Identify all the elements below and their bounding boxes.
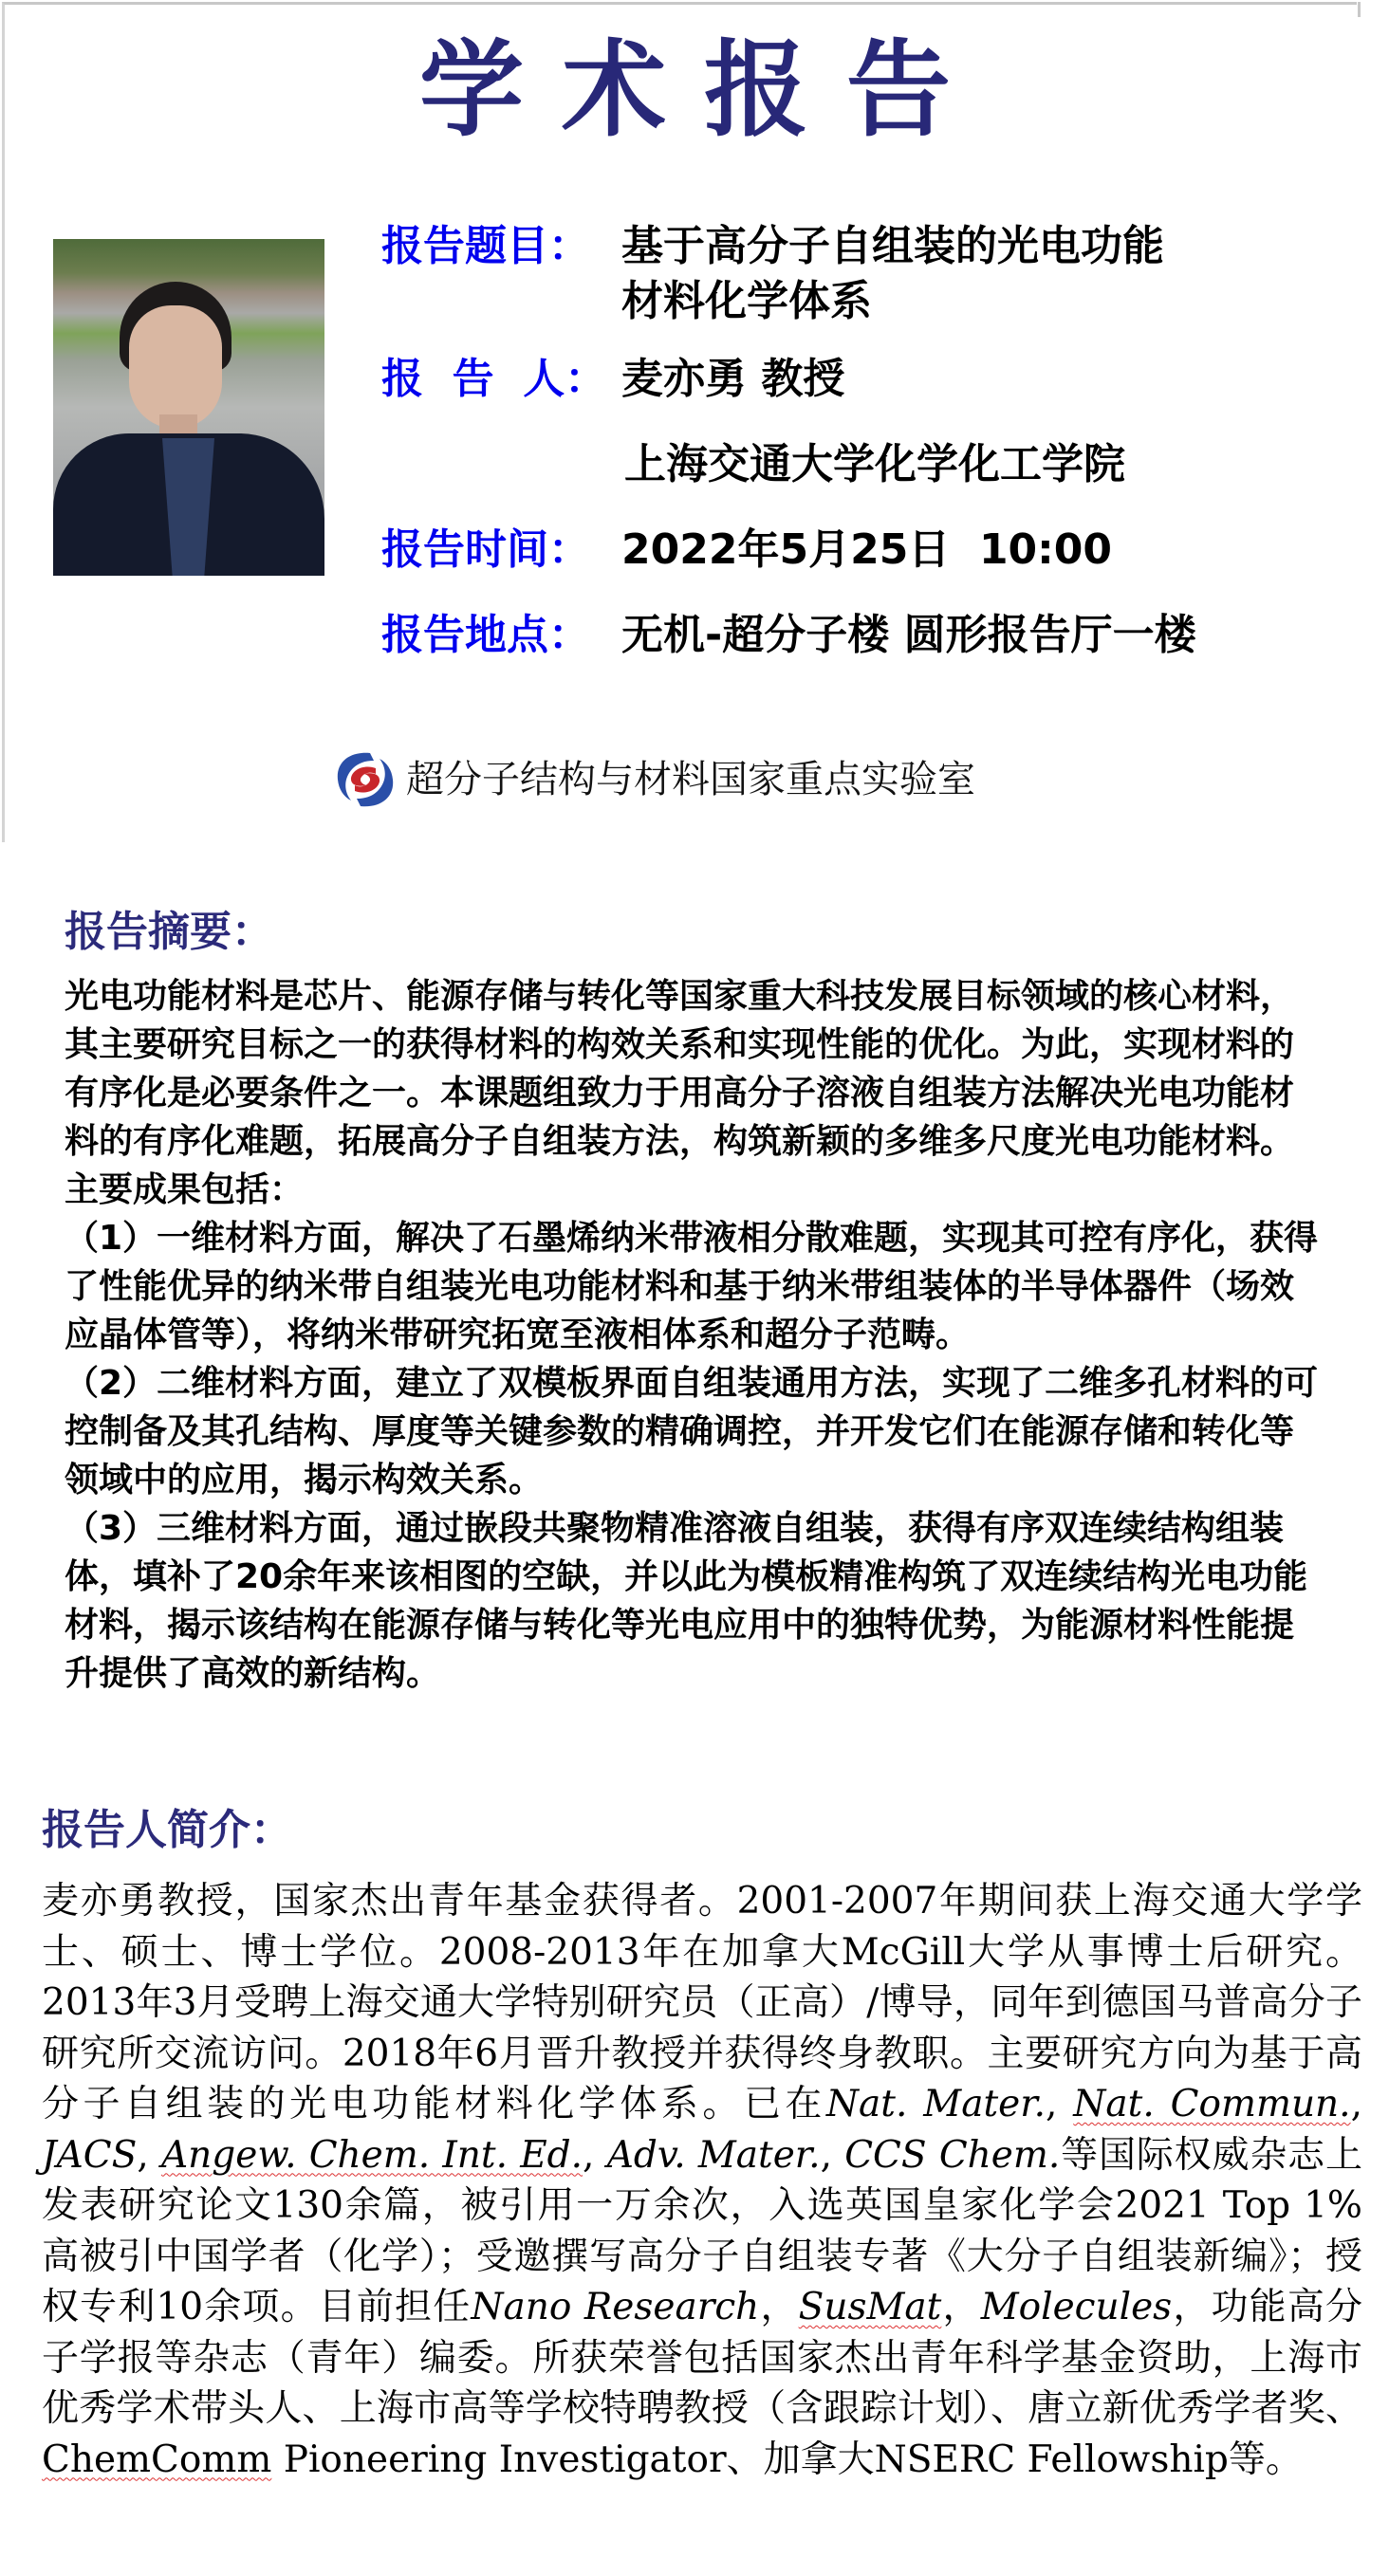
abstract-paragraph: （3）三维材料方面，通过嵌段共聚物精准溶液自组装，获得有序双连续结构组装体，填补… <box>65 1504 1326 1698</box>
speaker-affiliation: 上海交通大学化学化工学院 <box>624 438 1125 491</box>
abstract-body: 光电功能材料是芯片、能源存储与转化等国家重大科技发展目标领域的核心材料，其主要研… <box>65 972 1326 1698</box>
speaker-label: 报 告 人： <box>381 353 606 406</box>
separator: ， <box>941 2286 980 2328</box>
photo-face <box>129 305 222 429</box>
separator: ， <box>759 2286 798 2328</box>
separator: , <box>821 2134 845 2177</box>
journal-name: Angew. Chem. Int. Ed. <box>161 2134 583 2177</box>
abstract-paragraph: 光电功能材料是芯片、能源存储与转化等国家重大科技发展目标领域的核心材料，其主要研… <box>65 972 1326 1214</box>
award-name: ChemComm <box>42 2438 271 2481</box>
abstract-paragraph: （1）一维材料方面，解决了石墨烯纳米带液相分散难题，实现其可控有序化，获得了性能… <box>65 1214 1326 1359</box>
topic-line-2: 材料化学体系 <box>621 275 872 328</box>
abstract-heading: 报告摘要： <box>65 904 273 961</box>
lab-banner: 超分子结构与材料国家重点实验室 <box>332 749 975 810</box>
journal-name: CCS Chem. <box>844 2134 1060 2177</box>
journal-name: Nano Research <box>471 2286 759 2328</box>
venue-value: 无机-超分子楼 圆形报告厅一楼 <box>621 609 1196 662</box>
bio-heading: 报告人简介： <box>42 1802 292 1859</box>
journal-name: Adv. Mater. <box>607 2134 821 2177</box>
topic-label: 报告题目： <box>381 220 590 273</box>
journal-name: JACS <box>42 2134 137 2177</box>
abstract-paragraph: （2）二维材料方面，建立了双模板界面自组装通用方法，实现了二维多孔材料的可控制备… <box>65 1359 1326 1504</box>
lab-logo-icon <box>332 749 398 810</box>
lab-name: 超分子结构与材料国家重点实验室 <box>406 753 975 806</box>
venue-label: 报告地点： <box>381 609 590 662</box>
bio-body: 麦亦勇教授，国家杰出青年基金获得者。2001-2007年期间获上海交通大学学士、… <box>42 1876 1362 2485</box>
topic-line-1: 基于高分子自组装的光电功能 <box>621 220 1164 273</box>
time-value: 2022年5月25日 10:00 <box>621 524 1112 577</box>
journal-name: Nat. Commun. <box>1073 2083 1350 2125</box>
time-label: 报告时间： <box>381 524 590 577</box>
journal-name: Nat. Mater. <box>826 2083 1046 2125</box>
separator: , <box>583 2134 607 2177</box>
speaker-name: 麦亦勇 教授 <box>621 353 844 406</box>
speaker-photo <box>53 239 324 576</box>
poster-frame-corner <box>1358 2 1361 17</box>
journal-name: SusMat <box>799 2286 942 2328</box>
separator: , <box>137 2134 161 2177</box>
journal-name: Molecules <box>981 2286 1173 2328</box>
bio-text: Pioneering Investigator、加拿大NSERC Fellows… <box>271 2438 1303 2481</box>
separator: , <box>1351 2083 1362 2125</box>
poster-title: 学术报告 <box>0 28 1389 152</box>
separator: , <box>1046 2083 1073 2125</box>
